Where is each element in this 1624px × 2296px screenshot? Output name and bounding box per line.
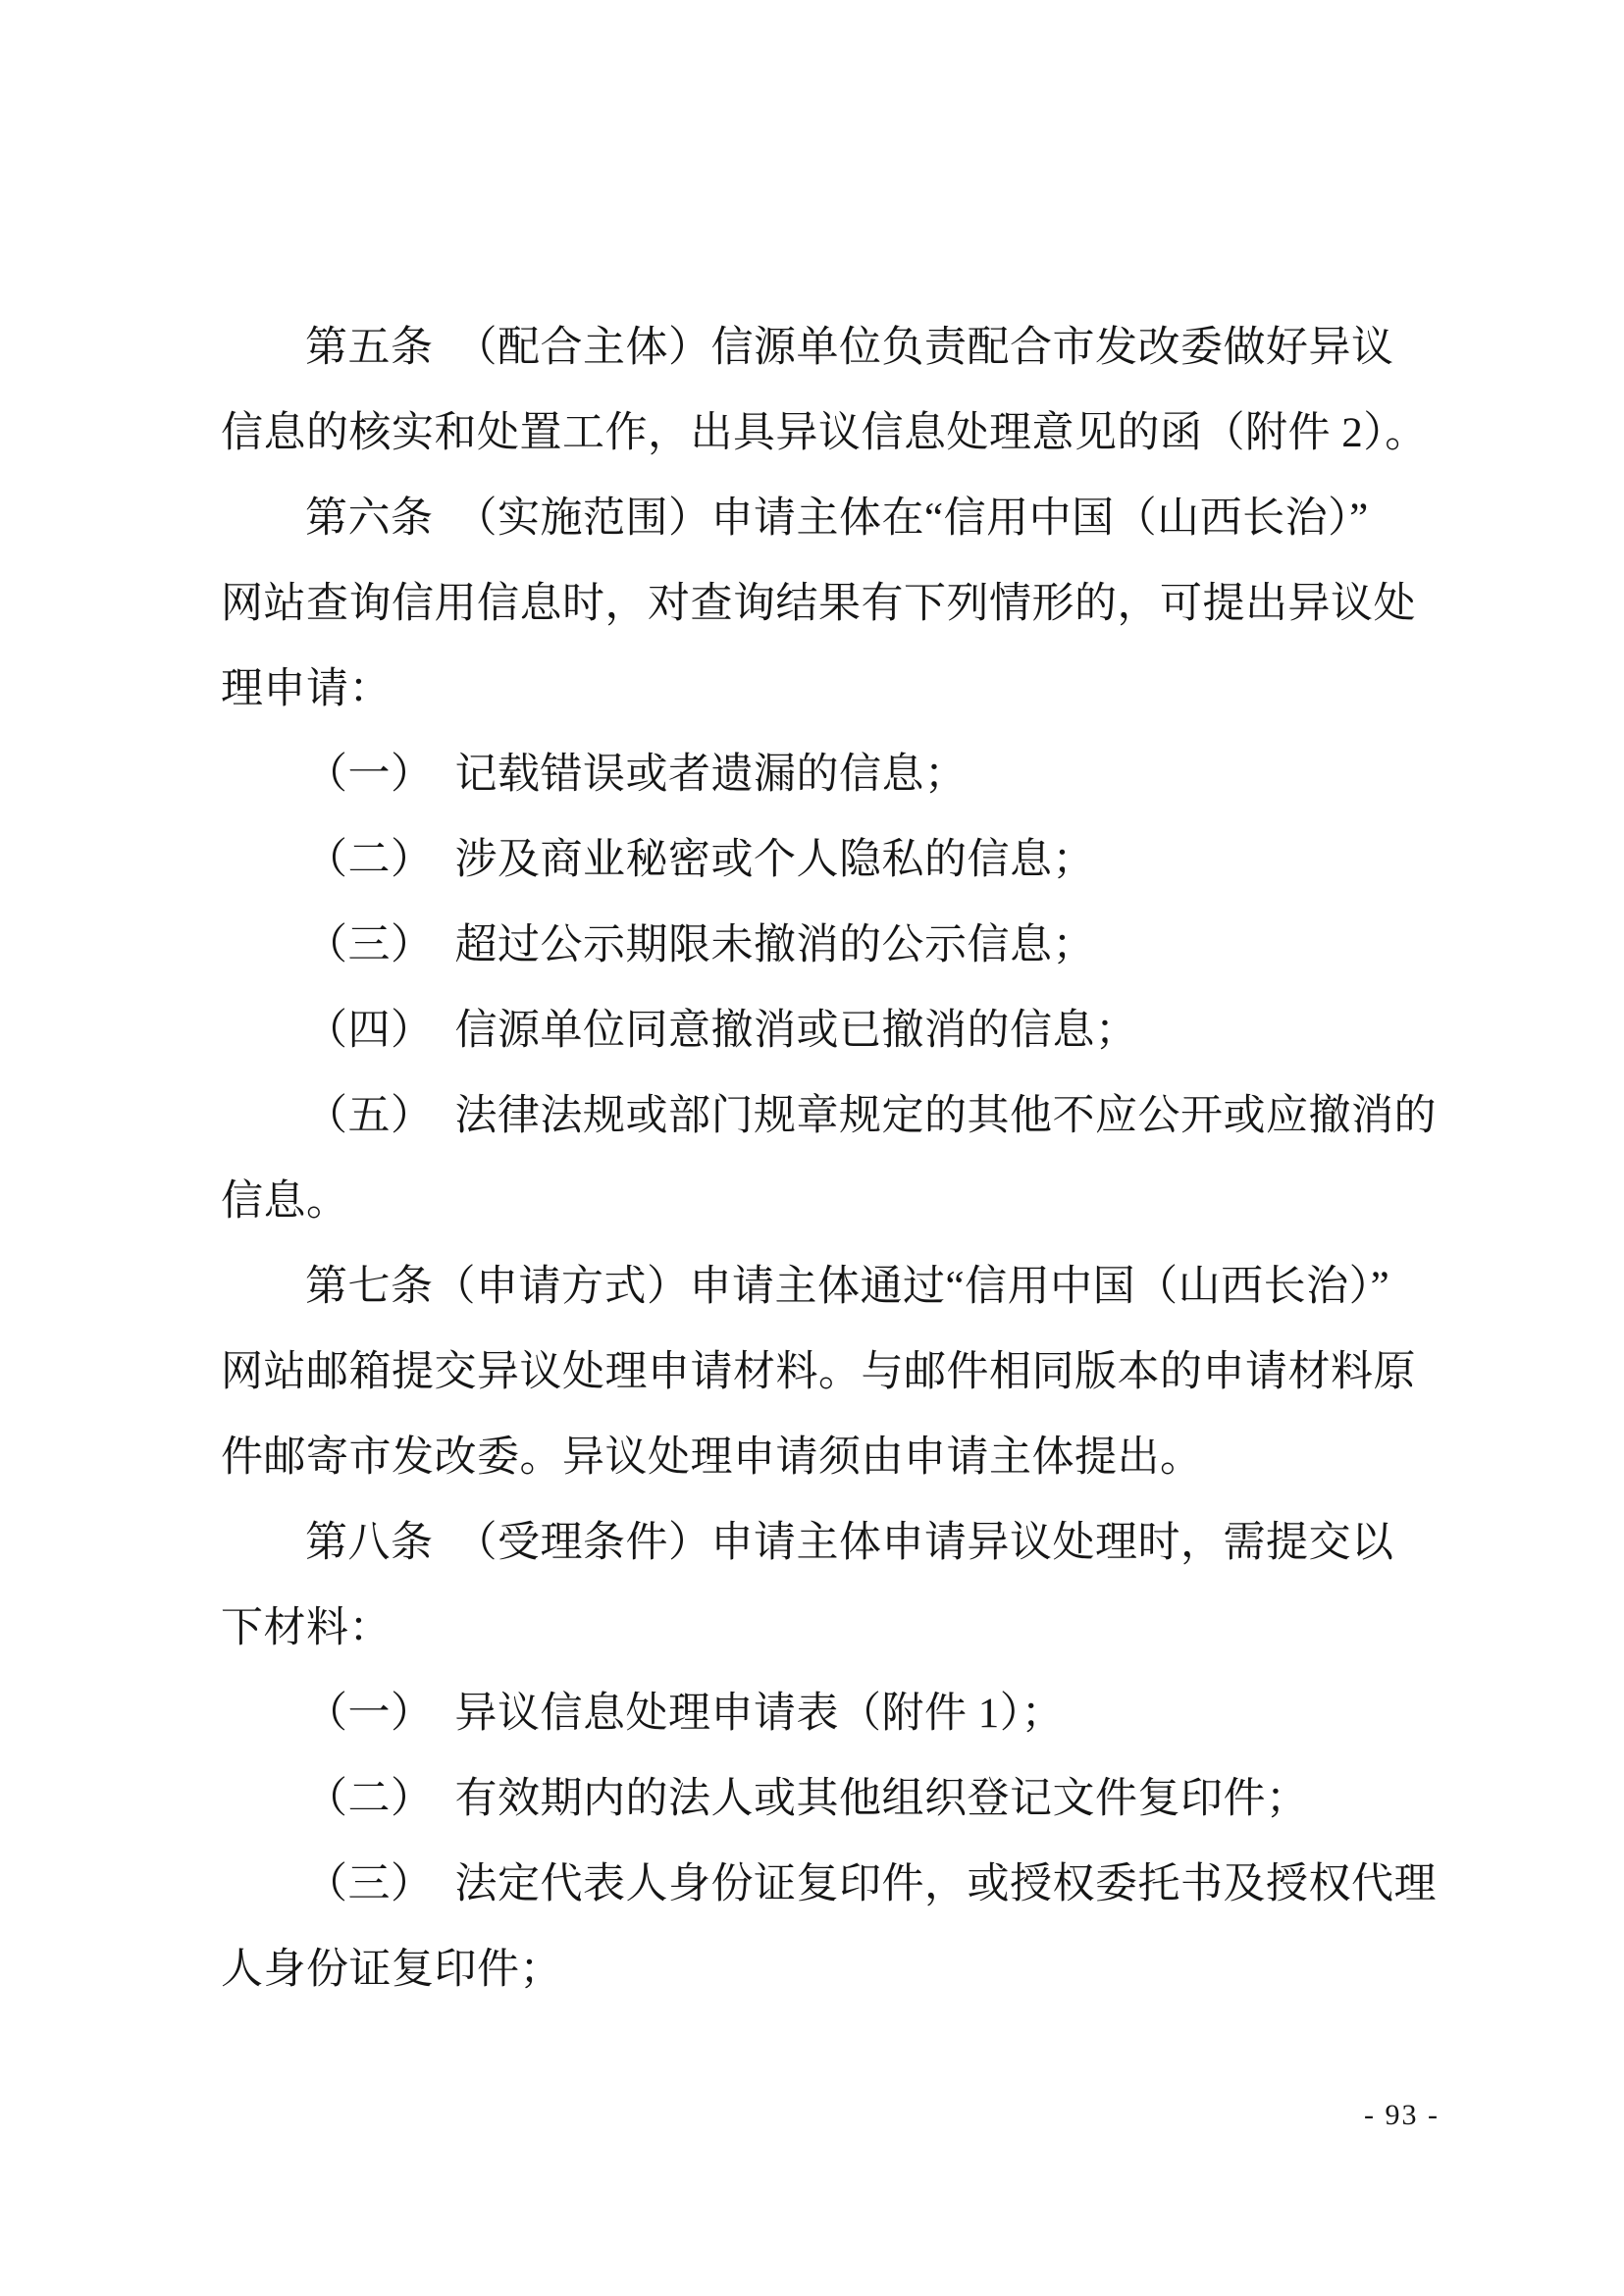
text-line: 第八条 （受理条件）申请主体申请异议处理时，需提交以 [221, 1500, 1465, 1586]
text-line: 信息的核实和处置工作，出具异议信息处理意见的函（附件 2）。 [221, 391, 1465, 476]
list-item-line: （三） 超过公示期限未撤消的公示信息； [221, 903, 1465, 988]
list-item-line: （一） 记载错误或者遗漏的信息； [221, 732, 1465, 817]
text-line: 人身份证复印件； [221, 1927, 1465, 2012]
list-item-line: （一） 异议信息处理申请表（附件 1）； [221, 1671, 1465, 1756]
list-item-line: （五） 法律法规或部门规章规定的其他不应公开或应撤消的 [221, 1073, 1465, 1159]
text-line: 网站邮箱提交异议处理申请材料。与邮件相同版本的申请材料原 [221, 1330, 1465, 1415]
text-line: 信息。 [221, 1159, 1465, 1244]
page-number: - 93 - [1364, 2096, 1440, 2135]
list-item-line: （二） 有效期内的法人或其他组织登记文件复印件； [221, 1756, 1465, 1842]
text-line: 网站查询信用信息时，对查询结果有下列情形的，可提出异议处 [221, 561, 1465, 647]
text-block: 第五条 （配合主体）信源单位负责配合市发改委做好异议 信息的核实和处置工作，出具… [221, 305, 1465, 2012]
document-page: 第五条 （配合主体）信源单位负责配合市发改委做好异议 信息的核实和处置工作，出具… [0, 0, 1624, 2296]
text-line: 第五条 （配合主体）信源单位负责配合市发改委做好异议 [221, 305, 1465, 391]
list-item-line: （三） 法定代表人身份证复印件，或授权委托书及授权代理 [221, 1842, 1465, 1927]
text-line: 件邮寄市发改委。异议处理申请须由申请主体提出。 [221, 1415, 1465, 1500]
text-line: 下材料： [221, 1586, 1465, 1671]
text-line: 第六条 （实施范围）申请主体在“信用中国（山西长治）” [221, 476, 1465, 561]
text-line: 第七条（申请方式）申请主体通过“信用中国（山西长治）” [221, 1244, 1465, 1330]
text-line: 理申请： [221, 647, 1465, 732]
list-item-line: （四） 信源单位同意撤消或已撤消的信息； [221, 988, 1465, 1073]
list-item-line: （二） 涉及商业秘密或个人隐私的信息； [221, 817, 1465, 903]
